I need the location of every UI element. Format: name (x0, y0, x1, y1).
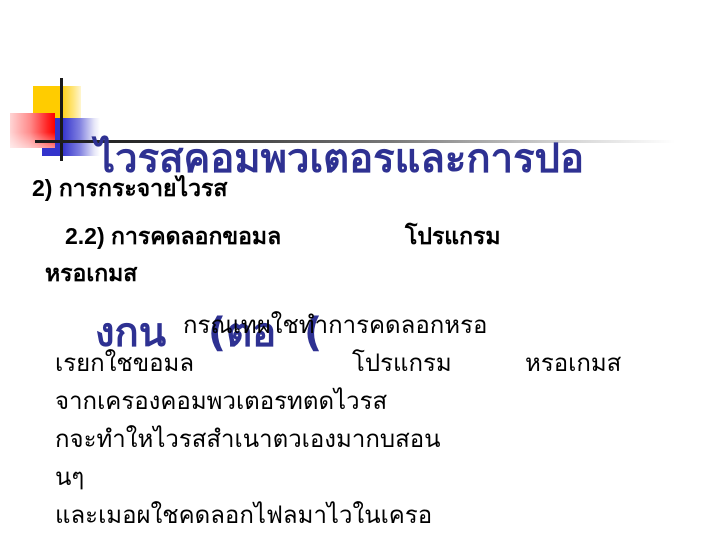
vertical-rule-line (60, 78, 63, 161)
slide: ไวรสคอมพวเตอรและการปอ งกน (ตอ ( 2) การกร… (0, 0, 720, 540)
bullet-heading-level-2-part-b: โปรแกรม (405, 220, 501, 252)
paragraph-line-2-a: เรยกใชขอมล (55, 344, 194, 382)
paragraph-line-2-b: โปรแกรม (352, 344, 452, 382)
paragraph-line-4: กจะทำใหไวรสสำเนาตวเองมากบสอน (55, 420, 441, 458)
bullet-heading-level-2: 2.2) การคดลอกขอมล (65, 220, 281, 252)
paragraph-line-6: และเมอผใชคดลอกไฟลมาไวในเครอ (55, 496, 432, 534)
bullet-heading-level-2-continuation: หรอเกมส (45, 257, 137, 289)
paragraph-line-3: จากเครองคอมพวเตอรทตดไวรส (55, 382, 387, 420)
decorative-squares-logo (0, 0, 110, 170)
bullet-heading-level-1: 2) การกระจายไวรส (32, 172, 227, 204)
paragraph-line-5: นๆ (55, 458, 84, 496)
paragraph-line-1: กรณเทผใชทำการคดลอกหรอ (183, 306, 487, 344)
paragraph-line-2-c: หรอเกมส (525, 344, 621, 382)
